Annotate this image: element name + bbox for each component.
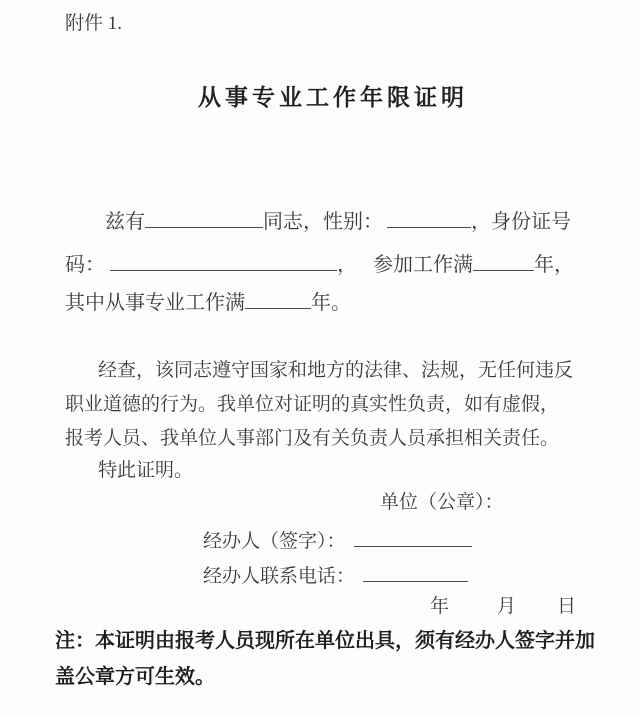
para1-line1: 兹有同志，性别：，身份证号 [105,208,571,232]
year-period-text: 年。 [311,292,351,314]
id-label-text: 码： [65,254,105,276]
professional-years-blank [245,289,311,309]
id-intro-text: ，身份证号 [471,211,571,233]
gender-blank [387,208,471,228]
para1-line2: 码：，参加工作满年， [65,251,574,275]
note-line1: 注：本证明由报考人员现所在单位出具，须有经办人签字并加 [55,631,595,651]
para1-line3: 其中从事专业工作满年。 [65,289,351,313]
year-comma-text: 年， [534,254,574,276]
comma-text: ， [337,254,357,276]
work-years-label-text: 参加工作满 [373,254,473,276]
name-blank [145,208,263,228]
note-line2: 盖公章方可生效。 [55,667,215,687]
date-year-label: 年 [430,597,449,616]
para2-line4-hereby-certify: 特此证明。 [98,461,193,480]
para2-line1: 经查，该同志遵守国家和地方的法律、法规，无任何违反 [98,361,573,380]
handler-signature-row: 经办人（签字）： [203,528,472,551]
date-row: 年月日 [430,597,576,616]
handler-signature-label: 经办人（签字）： [203,531,346,552]
document-title: 从事专业工作年限证明 [0,86,640,109]
handler-phone-label: 经办人联系电话： [203,566,355,587]
attachment-label: 附件 1. [65,14,122,33]
date-day-label: 日 [557,597,576,616]
certificate-document: 附件 1. 从事专业工作年限证明 兹有同志，性别：，身份证号 码：，参加工作满年… [0,0,640,716]
handler-phone-blank [363,563,468,582]
handler-signature-blank [354,528,472,547]
name-prefix-text: 兹有 [105,211,145,233]
para2-line2: 职业道德的行为。我单位对证明的真实性负责，如有虚假， [65,395,559,414]
para2-line3: 报考人员、我单位人事部门及有关负责人员承担相关责任。 [65,429,559,448]
work-years-blank [473,251,534,271]
handler-phone-row: 经办人联系电话： [203,563,468,586]
date-month-label: 月 [497,597,516,616]
unit-seal-label: 单位（公章）： [380,493,504,512]
gender-label-text: 同志，性别： [263,211,383,233]
prof-years-label-text: 其中从事专业工作满 [65,292,245,314]
id-number-blank [110,251,337,271]
